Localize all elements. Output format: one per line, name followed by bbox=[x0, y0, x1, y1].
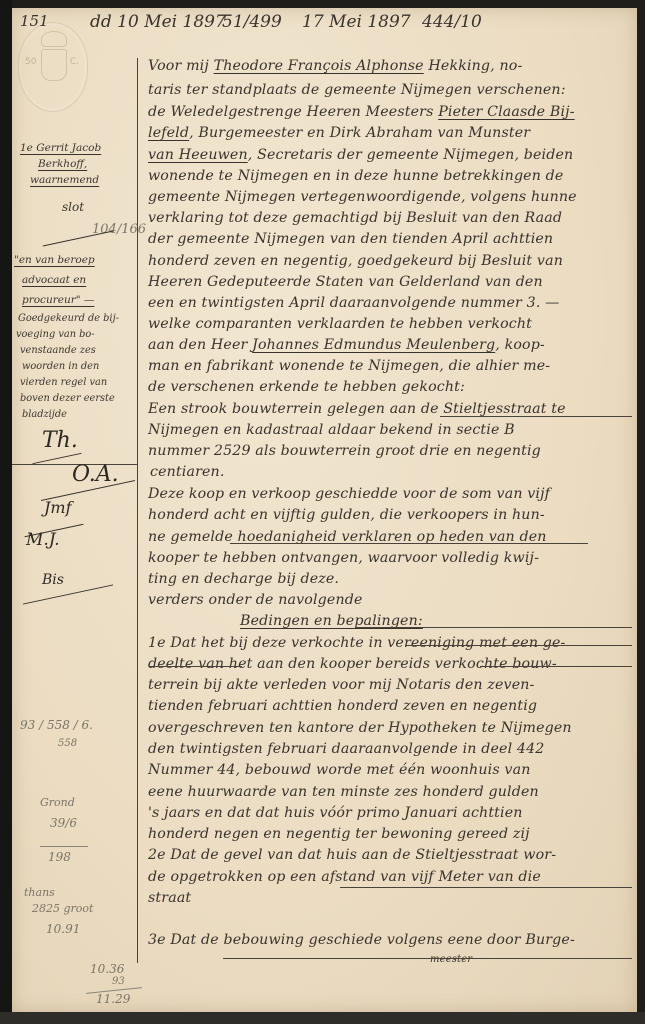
calc-total: 11.29 bbox=[96, 992, 130, 1006]
deed-line: 1e Dat het bij deze verkochte in vereeni… bbox=[148, 635, 566, 651]
signature: Bis bbox=[42, 572, 64, 588]
margin-note-line: Berkhoff, bbox=[38, 158, 87, 170]
margin-note-line: bladzijde bbox=[22, 409, 67, 420]
deed-line: nummer 2529 als bouwterrein groot drie e… bbox=[148, 443, 541, 459]
line-text: eene huurwaarde van ten minste zes honde… bbox=[148, 784, 539, 800]
pencil-reference: 104/166 bbox=[92, 222, 146, 237]
calc-label: thans bbox=[24, 886, 55, 899]
line-text: deelte van het aan den kooper bereids ve… bbox=[148, 656, 557, 672]
scan-border-left bbox=[0, 0, 12, 1024]
margin-note-line: boven dezer eerste bbox=[20, 393, 115, 404]
deed-line: een en twintigsten April daaraanvolgende… bbox=[148, 295, 559, 311]
underlined-name: lefeld bbox=[148, 125, 189, 141]
line-text: Voor mij bbox=[148, 58, 214, 74]
fill-line bbox=[405, 645, 632, 646]
deed-line: Nijmegen en kadastraal aldaar bekend in … bbox=[148, 422, 515, 438]
line-text: , Secretaris der gemeente Nijmegen, beid… bbox=[248, 147, 574, 163]
fill-line bbox=[150, 666, 242, 667]
underlined-name: Theodore François Alphonse bbox=[214, 58, 424, 74]
deed-line: honderd negen en negentig ter bewoning g… bbox=[148, 826, 530, 842]
line-text: Een strook bouwterrein gelegen aan de St… bbox=[148, 401, 566, 417]
deed-line: den twintigsten februari daaraanvolgende… bbox=[148, 741, 544, 757]
folio-number: 151 bbox=[20, 12, 49, 30]
scan-border-top bbox=[0, 0, 645, 8]
line-text: 3e Dat de bebouwing geschiede volgens ee… bbox=[148, 932, 575, 948]
deed-line: de Weledelgestrenge Heeren Meesters Piet… bbox=[148, 104, 575, 120]
margin-note-line: venstaande zes bbox=[20, 345, 96, 356]
line-text: , koop- bbox=[495, 337, 545, 353]
deed-line: aan den Heer Johannes Edmundus Meulenber… bbox=[148, 337, 545, 353]
signature: Th. bbox=[42, 428, 78, 453]
line-text: een en twintigsten April daaraanvolgende… bbox=[148, 295, 559, 311]
deed-line: taris ter standplaats de gemeente Nijmeg… bbox=[148, 82, 566, 98]
calc-line: 93 / 558 / 6. bbox=[20, 718, 93, 732]
line-text: gemeente Nijmegen vertegenwoordigende, v… bbox=[148, 189, 577, 205]
fill-line bbox=[230, 543, 588, 544]
line-text: honderd negen en negentig ter bewoning g… bbox=[148, 826, 530, 842]
deed-line: honderd zeven en negentig, goedgekeurd b… bbox=[148, 253, 563, 269]
line-text: honderd zeven en negentig, goedgekeurd b… bbox=[148, 253, 563, 269]
margin-note-line: advocaat en bbox=[22, 274, 86, 286]
deed-line: wonende te Nijmegen en in deze hunne bet… bbox=[148, 168, 563, 184]
line-text: aan den Heer bbox=[148, 337, 252, 353]
line-text: , Burgemeester en Dirk Abraham van Munst… bbox=[189, 125, 530, 141]
margin-note-line: procureur" — bbox=[22, 294, 94, 306]
underlined-name: Johannes Edmundus Meulenberg bbox=[252, 337, 495, 353]
deed-line: centiaren. bbox=[150, 464, 225, 480]
deed-line: 3e Dat de bebouwing geschiede volgens ee… bbox=[148, 932, 575, 948]
coat-of-arms-icon bbox=[41, 49, 67, 81]
line-text: nummer 2529 als bouwterrein groot drie e… bbox=[148, 443, 541, 459]
deed-line: kooper te hebben ontvangen, waarvoor vol… bbox=[148, 550, 539, 566]
line-text: overgeschreven ten kantore der Hypotheke… bbox=[148, 720, 572, 736]
deed-line: de opgetrokken op een afstand van vijf M… bbox=[148, 869, 541, 885]
embossed-stamp-icon: 50 C. bbox=[18, 22, 88, 112]
margin-note-line: voeging van bo- bbox=[16, 329, 95, 340]
deed-line: verklaring tot deze gemachtigd bij Beslu… bbox=[148, 210, 562, 226]
reference-number-1: 51/499 bbox=[222, 12, 282, 32]
deed-line: deelte van het aan den kooper bereids ve… bbox=[148, 656, 557, 672]
fill-line bbox=[480, 666, 632, 667]
line-text: der gemeente Nijmegen van den tienden Ap… bbox=[148, 231, 553, 247]
underlined-name: van Heeuwen bbox=[148, 147, 248, 163]
calc-value: 39/6 bbox=[50, 816, 77, 830]
calc-value: 2825 groot bbox=[32, 902, 93, 915]
deed-line: lefeld, Burgemeester en Dirk Abraham van… bbox=[148, 125, 530, 141]
deed-line: welke comparanten verklaarden te hebben … bbox=[148, 316, 532, 332]
signature: O.A. bbox=[72, 462, 119, 487]
deed-line: Deze koop en verkoop geschiedde voor de … bbox=[148, 486, 550, 502]
line-text: Nijmegen en kadastraal aldaar bekend in … bbox=[148, 422, 515, 438]
stamp-value-right: C. bbox=[70, 57, 79, 67]
stamp-value-left: 50 bbox=[25, 57, 36, 67]
line-text: de opgetrokken op een afstand van vijf M… bbox=[148, 869, 541, 885]
deed-line: honderd acht en vijftig gulden, die verk… bbox=[148, 507, 545, 523]
line-text: Hekking, no- bbox=[424, 58, 523, 74]
line-text: wonende te Nijmegen en in deze hunne bet… bbox=[148, 168, 563, 184]
line-text: verklaring tot deze gemachtigd bij Beslu… bbox=[148, 210, 562, 226]
deed-line: Heeren Gedeputeerde Staten van Gelderlan… bbox=[148, 274, 543, 290]
line-text: tienden februari achttien honderd zeven … bbox=[148, 698, 537, 714]
signature: M.J. bbox=[26, 530, 60, 550]
deed-line: eene huurwaarde van ten minste zes honde… bbox=[148, 784, 539, 800]
deed-line: Voor mij Theodore François Alphonse Hekk… bbox=[148, 58, 522, 74]
line-text: terrein bij akte verleden voor mij Notar… bbox=[148, 677, 535, 693]
fill-line bbox=[440, 416, 632, 417]
line-text: welke comparanten verklaarden te hebben … bbox=[148, 316, 532, 332]
calc-label: Grond bbox=[40, 796, 75, 809]
deed-line: meester bbox=[430, 954, 472, 965]
line-text: centiaren. bbox=[150, 464, 225, 480]
deed-line: tienden februari achttien honderd zeven … bbox=[148, 698, 537, 714]
deed-line: der gemeente Nijmegen van den tienden Ap… bbox=[148, 231, 553, 247]
margin-note-line: vierden regel van bbox=[20, 377, 107, 388]
deed-line: 's jaars en dat dat huis vóór primo Janu… bbox=[148, 805, 523, 821]
calc-value: 93 bbox=[112, 976, 125, 987]
calc-value: 10.36 bbox=[90, 962, 124, 976]
deed-line: straat bbox=[148, 890, 191, 906]
deed-line: van Heeuwen, Secretaris der gemeente Nij… bbox=[148, 147, 573, 163]
line-text: Heeren Gedeputeerde Staten van Gelderlan… bbox=[148, 274, 543, 290]
line-text: ting en decharge bij deze. bbox=[148, 571, 339, 587]
registration-date: dd 10 Mei 1897 bbox=[90, 12, 226, 32]
calc-line: 558 bbox=[58, 738, 77, 749]
line-text: man en fabrikant wonende te Nijmegen, di… bbox=[148, 358, 550, 374]
margin-note-line: "en van beroep bbox=[14, 254, 95, 266]
line-text: den twintigsten februari daaraanvolgende… bbox=[148, 741, 544, 757]
margin-note-closing: slot bbox=[62, 200, 84, 214]
line-text: Nummer 44, bebouwd worde met één woonhui… bbox=[148, 762, 530, 778]
line-text: honderd acht en vijftig gulden, die verk… bbox=[148, 507, 545, 523]
deed-line: ting en decharge bij deze. bbox=[148, 571, 339, 587]
line-text: kooper te hebben ontvangen, waarvoor vol… bbox=[148, 550, 539, 566]
margin-note-line: woorden in den bbox=[22, 361, 99, 372]
line-text: 1e Dat het bij deze verkochte in vereeni… bbox=[148, 635, 566, 651]
deed-line: 2e Dat de gevel van dat huis aan de Stie… bbox=[148, 847, 556, 863]
deed-line: verders onder de navolgende bbox=[148, 592, 363, 608]
line-text: 2e Dat de gevel van dat huis aan de Stie… bbox=[148, 847, 556, 863]
fill-line bbox=[355, 627, 632, 628]
margin-note-line: waarnemend bbox=[30, 174, 99, 186]
deed-line: Nummer 44, bebouwd worde met één woonhui… bbox=[148, 762, 530, 778]
calc-value: 10.91 bbox=[46, 922, 80, 936]
deed-line: de verschenen erkende te hebben gekocht: bbox=[148, 379, 465, 395]
line-text: verders onder de navolgende bbox=[148, 592, 363, 608]
deed-line: overgeschreven ten kantore der Hypotheke… bbox=[148, 720, 572, 736]
deed-date: 17 Mei 1897 bbox=[302, 12, 411, 32]
scan-border-bottom bbox=[0, 1012, 645, 1024]
reference-number-2: 444/10 bbox=[422, 12, 482, 32]
fill-line bbox=[340, 887, 632, 888]
signature: Jmf bbox=[44, 498, 72, 517]
margin-note-line: Goedgekeurd de bij- bbox=[18, 313, 119, 324]
line-text: Deze koop en verkoop geschiedde voor de … bbox=[148, 486, 550, 502]
deed-line: Een strook bouwterrein gelegen aan de St… bbox=[148, 401, 566, 417]
margin-note-line: 1e Gerrit Jacob bbox=[20, 142, 101, 154]
line-text: 's jaars en dat dat huis vóór primo Janu… bbox=[148, 805, 523, 821]
underlined-name: Pieter Claasde Bij- bbox=[438, 104, 574, 120]
line-text: de Weledelgestrenge Heeren Meesters bbox=[148, 104, 438, 120]
calc-value: 198 bbox=[48, 850, 71, 864]
line-text: taris ter standplaats de gemeente Nijmeg… bbox=[148, 82, 566, 98]
margin-rule bbox=[137, 58, 138, 963]
deed-line: terrein bij akte verleden voor mij Notar… bbox=[148, 677, 535, 693]
calc-rule bbox=[40, 846, 88, 847]
deed-line: man en fabrikant wonende te Nijmegen, di… bbox=[148, 358, 550, 374]
fill-line bbox=[223, 958, 632, 959]
crown-icon bbox=[41, 31, 67, 47]
deed-line: gemeente Nijmegen vertegenwoordigende, v… bbox=[148, 189, 577, 205]
scan-border-right bbox=[637, 0, 645, 1024]
line-text: straat bbox=[148, 890, 191, 906]
line-text: de verschenen erkende te hebben gekocht: bbox=[148, 379, 465, 395]
line-text: meester bbox=[430, 954, 472, 965]
